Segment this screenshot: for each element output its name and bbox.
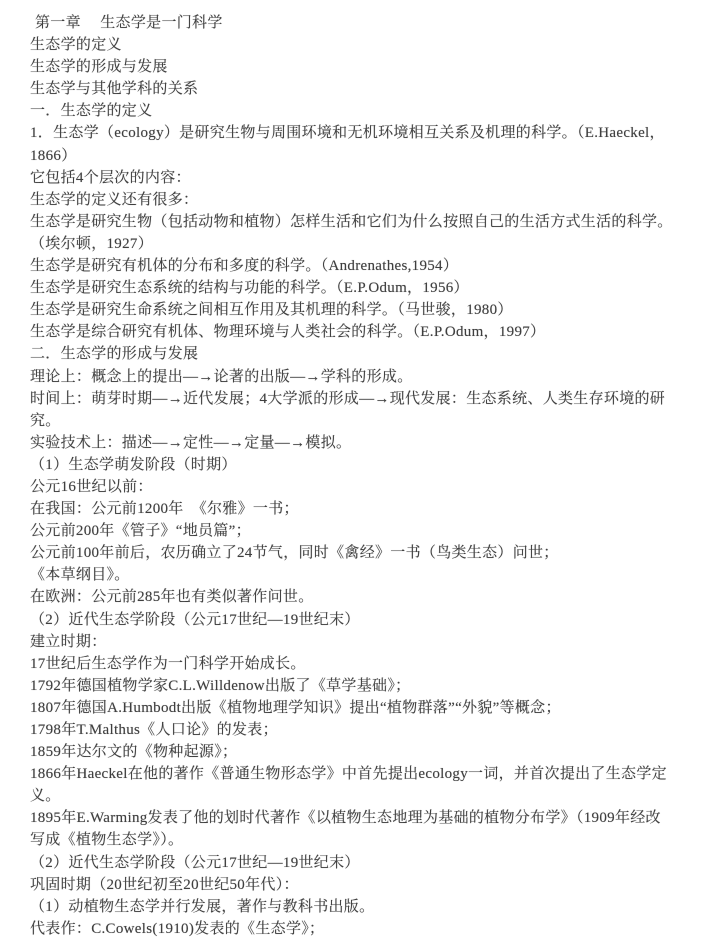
text-line-36: 义。	[30, 785, 701, 807]
text-line-17: 理论上：概念上的提出—→论著的出版—→学科的形成。	[30, 366, 701, 388]
text-line-14: 生态学是研究生命系统之间相互作用及其机理的科学。（马世骏，1980）	[30, 299, 701, 321]
text-line-21: （1）生态学萌发阶段（时期）	[30, 454, 701, 476]
text-line-8: 它包括4个层次的内容：	[30, 167, 701, 189]
text-line-22: 公元16世纪以前：	[30, 476, 701, 498]
text-line-19: 究。	[30, 410, 701, 432]
text-line-2: 生态学的定义	[30, 34, 701, 56]
text-line-38: 写成《植物生态学》）。	[30, 829, 701, 851]
text-line-40: 巩固时期（20世纪初至20世纪50年代）：	[30, 874, 701, 896]
text-line-35: 1866年Haeckel在他的著作《普通生物形态学》中首先提出ecology一词…	[30, 763, 701, 785]
text-line-18: 时间上：萌芽时期—→近代发展；4大学派的形成—→现代发展：生态系统、人类生存环境…	[30, 388, 701, 410]
document-page: 第一章 生态学是一门科学 生态学的定义生态学的形成与发展生态学与其他学科的关系一…	[0, 0, 719, 947]
text-line-41: （1）动植物生态学并行发展，著作与教科书出版。	[30, 896, 701, 918]
text-line-28: （2）近代生态学阶段（公元17世纪—19世纪末）	[30, 609, 701, 631]
text-line-20: 实验技术上：描述—→定性—→定量—→模拟。	[30, 432, 701, 454]
text-line-23: 在我国：公元前1200年 《尔雅》一书；	[30, 498, 701, 520]
text-line-42: 代表作：C.Cowels(1910)发表的《生态学》；	[30, 918, 701, 940]
text-line-33: 1798年T.Malthus《人口论》的发表；	[30, 719, 701, 741]
text-line-7: 1866）	[30, 145, 701, 167]
text-line-34: 1859年达尔文的《物种起源》；	[30, 741, 701, 763]
text-line-24: 公元前200年《管子》“地员篇”；	[30, 520, 701, 542]
text-line-6: 1．生态学（ecology）是研究生物与周围环境和无机环境相互关系及机理的科学。…	[30, 122, 701, 144]
text-line-39: （2）近代生态学阶段（公元17世纪—19世纪末）	[30, 852, 701, 874]
text-line-30: 17世纪后生态学作为一门科学开始成长。	[30, 653, 701, 675]
text-line-13: 生态学是研究生态系统的结构与功能的科学。（E.P.Odum，1956）	[30, 277, 701, 299]
text-line-4: 生态学与其他学科的关系	[30, 78, 701, 100]
text-line-25: 公元前100年前后，农历确立了24节气，同时《禽经》一书（鸟类生态）问世；	[30, 542, 701, 564]
text-line-10: 生态学是研究生物（包括动物和植物）怎样生活和它们为什么按照自己的生活方式生活的科…	[30, 211, 701, 233]
chapter-title: 第一章 生态学是一门科学	[30, 12, 701, 34]
text-line-31: 1792年德国植物学家C.L.Willdenow出版了《草学基础》；	[30, 675, 701, 697]
text-line-15: 生态学是综合研究有机体、物理环境与人类社会的科学。（E.P.Odum，1997）	[30, 321, 701, 343]
text-line-37: 1895年E.Warming发表了他的划时代著作《以植物生态地理为基础的植物分布…	[30, 807, 701, 829]
text-line-27: 在欧洲：公元前285年也有类似著作问世。	[30, 586, 701, 608]
document-body: 生态学的定义生态学的形成与发展生态学与其他学科的关系一．生态学的定义1．生态学（…	[30, 34, 701, 940]
text-line-3: 生态学的形成与发展	[30, 56, 701, 78]
text-line-9: 生态学的定义还有很多：	[30, 189, 701, 211]
text-line-12: 生态学是研究有机体的分布和多度的科学。（Andrenathes,1954）	[30, 255, 701, 277]
text-line-16: 二．生态学的形成与发展	[30, 343, 701, 365]
text-line-32: 1807年德国A.Humbodt出版《植物地理学知识》提出“植物群落”“外貌”等…	[30, 697, 701, 719]
text-line-29: 建立时期：	[30, 631, 701, 653]
text-line-11: （埃尔顿，1927）	[30, 233, 701, 255]
text-line-26: 《本草纲目》。	[30, 564, 701, 586]
text-line-5: 一．生态学的定义	[30, 100, 701, 122]
